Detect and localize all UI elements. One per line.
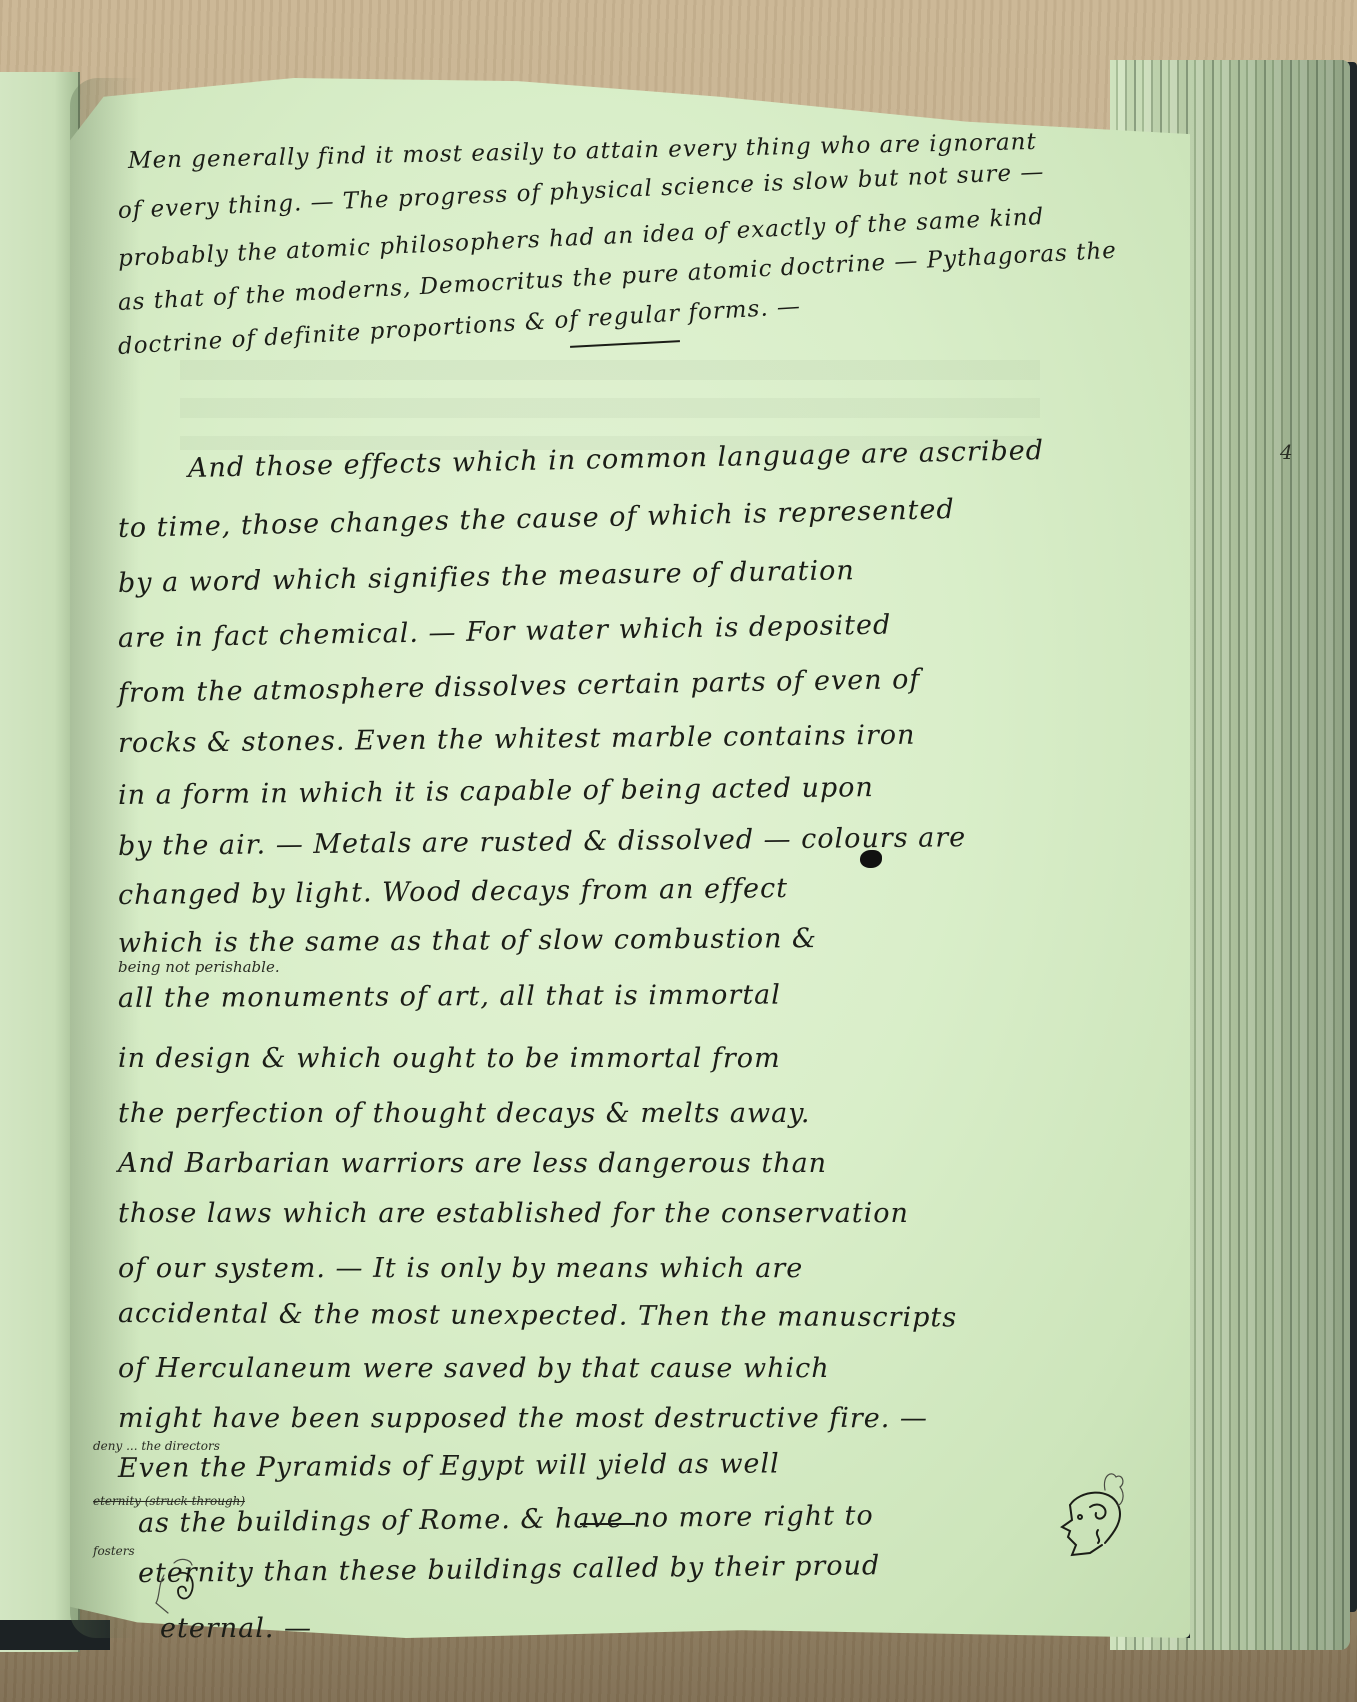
facing-left-page (0, 72, 80, 1652)
face-doodle-sketch (150, 1555, 210, 1625)
margin-note: fosters (93, 1545, 135, 1558)
margin-note: deny ... the directors (93, 1440, 220, 1453)
text-line: And Barbarian warriors are less dangerou… (118, 1148, 827, 1179)
text-line: might have been supposed the most destru… (118, 1403, 928, 1434)
profile-head-sketch (1050, 1465, 1140, 1585)
text-line: all the monuments of art, all that is im… (118, 980, 781, 1014)
margin-note-struck: eternity (struck through) (93, 1495, 245, 1508)
text-line: which is the same as that of slow combus… (118, 923, 817, 959)
ink-blot (860, 850, 882, 868)
text-line: Even the Pyramids of Egypt will yield as… (118, 1448, 780, 1484)
text-line: the perfection of thought decays & melts… (118, 1098, 810, 1129)
interlinear-insertion: being not perishable. (118, 958, 280, 976)
text-line: of our system. — It is only by means whi… (118, 1253, 803, 1284)
underline-stroke (580, 1523, 635, 1525)
text-line: of Herculaneum were saved by that cause … (118, 1353, 830, 1384)
bleed-through-ghost-text (180, 360, 1040, 450)
folio-mark: 4 (1280, 440, 1293, 464)
text-line: accidental & the most unexpected. Then t… (118, 1298, 957, 1333)
text-line: in design & which ought to be immortal f… (118, 1043, 781, 1074)
text-line: those laws which are established for the… (118, 1198, 909, 1229)
